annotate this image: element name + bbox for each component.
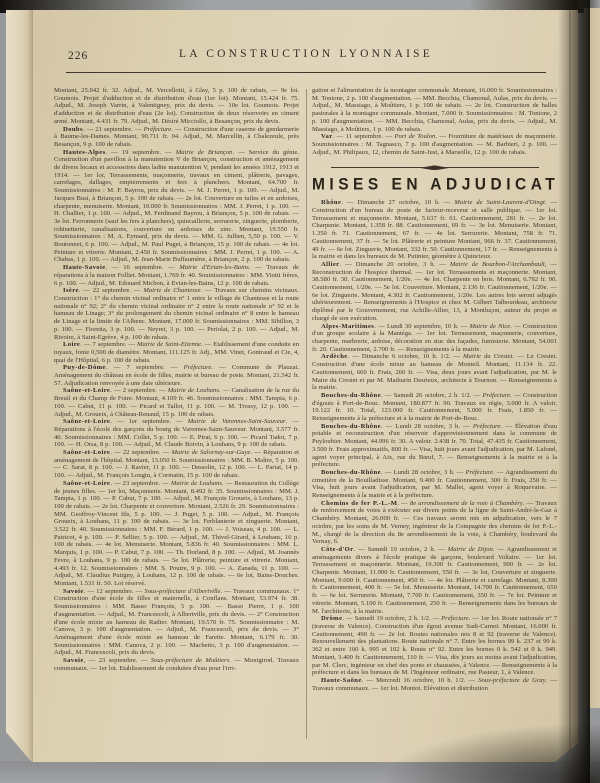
entry-paragraph: Saône-et-Loire. — 1er septembre. — Mairi…	[54, 418, 299, 449]
entry-paragraph: Doubs. — 21 septembre. — Préfecture. — C…	[54, 126, 299, 149]
entry-paragraph: Montant, 25.042 fr. 32. Adjud., M. Verce…	[54, 87, 299, 126]
entry-paragraph: Alpes-Maritimes. — Lundi 30 septembre, 1…	[312, 323, 557, 354]
text-columns: Montant, 25.042 fr. 32. Adjud., M. Verce…	[54, 87, 558, 739]
corner-shadow	[380, 723, 600, 783]
entry-paragraph: Hautes-Alpes. — 19 septembre. — Mairie d…	[54, 149, 299, 265]
masthead: 226 LA CONSTRUCTION LYONNAISE	[54, 36, 558, 66]
printed-content: 226 LA CONSTRUCTION LYONNAISE Montant, 2…	[54, 36, 558, 739]
right-column-top: gation et l'alimentation de la montagne …	[312, 87, 557, 156]
entry-paragraph: Savoie. — 12 septembre. — Sous-préfectur…	[54, 588, 299, 657]
page-left-fold	[6, 10, 33, 762]
entry-paragraph: Chemins de fer P.-L.-M. — 8e arrondissem…	[312, 500, 557, 546]
right-column-bottom: Rhône. — Dimanche 27 octobre, 10 h. — Ma…	[312, 199, 557, 692]
entry-paragraph: Bouches-du-Rhône. — Lundi 28 octobre, 3 …	[312, 423, 557, 469]
entry-paragraph: Savoie, — 23 septembre. — Sous-préfectur…	[54, 657, 299, 672]
paper-sheet: 226 LA CONSTRUCTION LYONNAISE Montant, 2…	[6, 10, 578, 762]
entry-paragraph: Haute-Savoie. — 16 septembre. — Mairie d…	[54, 264, 299, 287]
entry-paragraph: Puy-de-Dôme. — 7 septembre. — Préfecture…	[54, 364, 299, 387]
entry-paragraph: Bouches-du-Rhône. — Lundi 28 octobre, 3 …	[312, 469, 557, 500]
left-column: Montant, 25.042 fr. 32. Adjud., M. Verce…	[54, 87, 299, 739]
book-spine-shadow	[558, 0, 590, 783]
journal-title: LA CONSTRUCTION LYONNAISE	[54, 48, 558, 60]
entry-paragraph: Bouches-du-Rhône. — Samedi 26 octobre, 2…	[312, 392, 557, 423]
scanned-journal-page: 226 LA CONSTRUCTION LYONNAISE Montant, 2…	[0, 0, 600, 783]
entry-paragraph: Loire. — 7 septembre. — Mairie de Saint-…	[54, 341, 299, 364]
diamond-ornament-icon	[420, 165, 450, 170]
right-column: gation et l'alimentation de la montagne …	[312, 87, 557, 739]
entry-paragraph: Côte-d'Or. — Samedi 19 octobre, 2 h. — M…	[312, 546, 557, 615]
entry-paragraph: Ardèche. — Dimanche 6 octobre, 10 h. 1/2…	[312, 353, 557, 392]
entry-paragraph: Isère. — 22 septembre. — Mairie de Chant…	[54, 287, 299, 341]
entry-paragraph: Saône-et-Loire. — 22 septembre. — Mairie…	[54, 449, 299, 480]
entry-paragraph: Saône-et-Loire. — 23 septembre. — Mairie…	[54, 480, 299, 588]
entry-paragraph: Rhône. — Dimanche 27 octobre, 10 h. — Ma…	[312, 199, 557, 261]
section-heading: MISES EN ADJUDICATION	[312, 176, 557, 195]
column-divider-rule	[306, 89, 307, 739]
entry-paragraph: Drôme. — Samedi 19 octobre, 2 h. 1/2. — …	[312, 615, 557, 677]
entry-paragraph: Haute-Saône. — Mercredi 16 octobre, 10 h…	[312, 677, 557, 692]
entry-paragraph: Allier. — Dimanche 20 octobre, 3 h. — Ma…	[312, 261, 557, 323]
masthead-rule	[66, 72, 546, 73]
entry-paragraph: gation et l'alimentation de la montagne …	[312, 87, 557, 133]
entry-paragraph: Saône-et-Loire. — 2 septembre. — Mairie …	[54, 387, 299, 418]
entry-paragraph: Var. — 11 septembre. — Port de Toulon. —…	[312, 133, 557, 156]
section-divider	[331, 165, 539, 170]
